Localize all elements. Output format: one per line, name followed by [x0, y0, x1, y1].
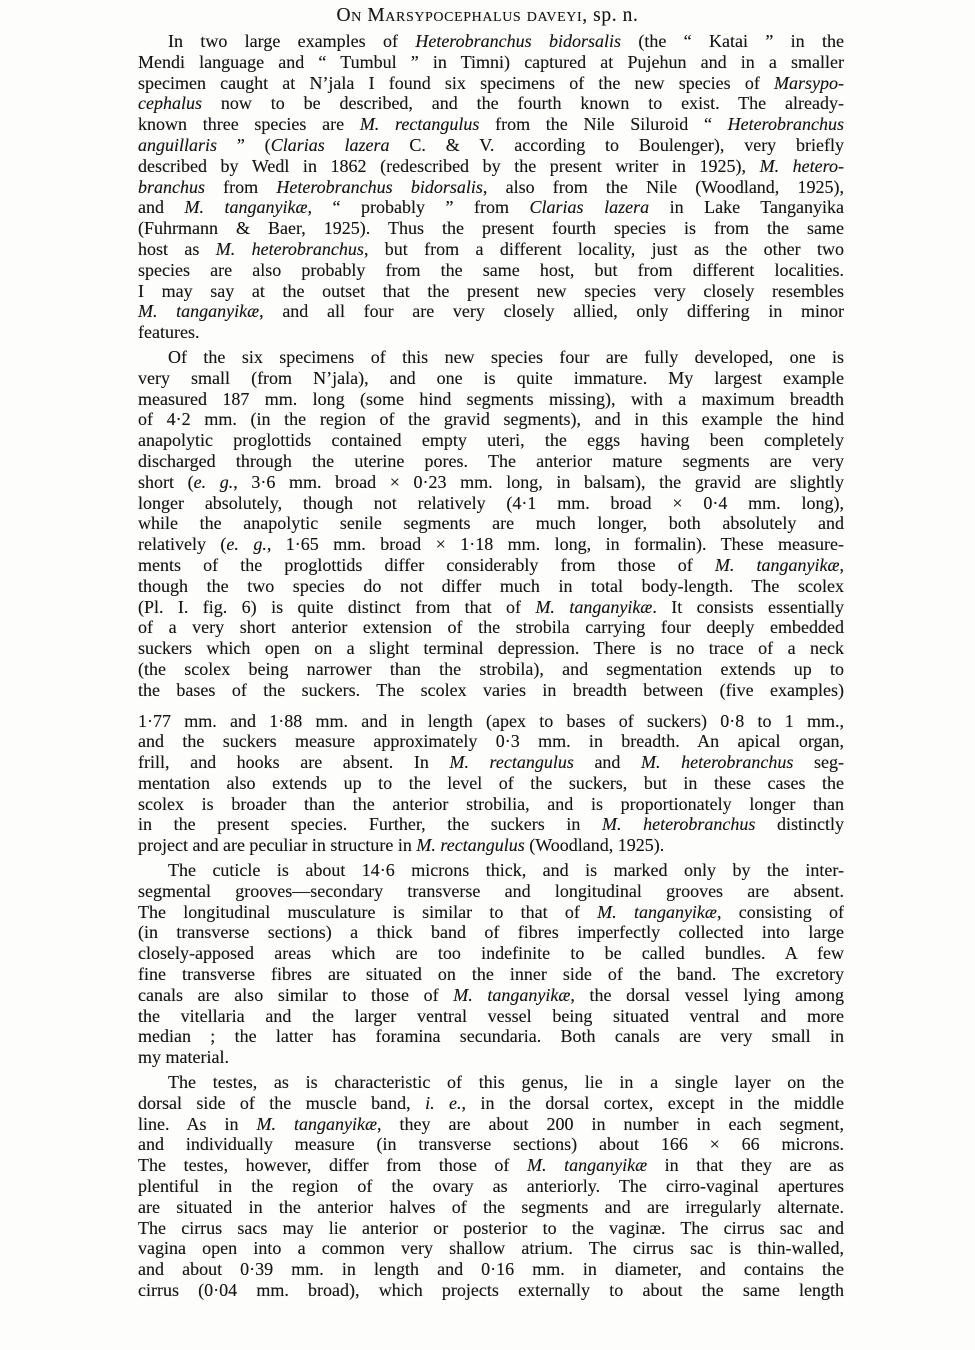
text-line: (Fuhrmann & Baer, 1925). Thus the presen… — [138, 218, 844, 239]
text-line: (Pl. I. fig. 6) is quite distinct from t… — [138, 597, 844, 618]
text-line: I may say at the outset that the present… — [138, 281, 844, 302]
text-line: The cirrus sacs may lie anterior or post… — [138, 1218, 844, 1239]
text-line: known three species are M. rectangulus f… — [138, 114, 844, 135]
text-line: (in transverse sections) a thick band of… — [138, 922, 844, 943]
paragraph: Of the six specimens of this new species… — [138, 347, 844, 701]
paragraph: In two large examples of Heterobranchus … — [138, 31, 844, 343]
text-line: measured 187 mm. long (some hind segment… — [138, 389, 844, 410]
text-line: The longitudinal musculature is similar … — [138, 902, 844, 923]
text-line: discharged through the uterine pores. Th… — [138, 451, 844, 472]
text-line: features. — [138, 322, 844, 343]
text-line: fine transverse fibres are situated on t… — [138, 964, 844, 985]
text-line: in the present species. Further, the suc… — [138, 814, 844, 835]
text-line: mentation also extends up to the level o… — [138, 773, 844, 794]
text-line: are situated in the anterior halves of t… — [138, 1197, 844, 1218]
text-line: ments of the proglottids differ consider… — [138, 555, 844, 576]
text-line: plentiful in the region of the ovary as … — [138, 1176, 844, 1197]
text-line: described by Wedl in 1862 (redescribed b… — [138, 156, 844, 177]
text-line: Of the six specimens of this new species… — [138, 347, 844, 368]
title-smallcaps: On Marsypocephalus daveyi, — [337, 5, 588, 26]
text-line: cirrus (0·04 mm. broad), which projects … — [138, 1280, 844, 1301]
text-line: median ; the latter has foramina secunda… — [138, 1026, 844, 1047]
text-line: cephalus now to be described, and the fo… — [138, 93, 844, 114]
text-line: canals are also similar to those of M. t… — [138, 985, 844, 1006]
text-line: Mendi language and “ Tumbul ” in Timni) … — [138, 52, 844, 73]
text-line: The testes, as is characteristic of this… — [138, 1072, 844, 1093]
text-line: of a very short anterior extension of th… — [138, 617, 844, 638]
paragraph: The testes, as is characteristic of this… — [138, 1072, 844, 1301]
text-line: closely-apposed areas which are too inde… — [138, 943, 844, 964]
text-line: segmental grooves—secondary transverse a… — [138, 881, 844, 902]
text-line: very small (from N’jala), and one is qui… — [138, 368, 844, 389]
text-line: relatively (e. g., 1·65 mm. broad × 1·18… — [138, 534, 844, 555]
text-line: and the suckers measure approximately 0·… — [138, 731, 844, 752]
text-line: The testes, however, differ from those o… — [138, 1155, 844, 1176]
text-line: dorsal side of the muscle band, i. e., i… — [138, 1093, 844, 1114]
text-line: while the anapolytic senile segments are… — [138, 513, 844, 534]
text-line: M. tanganyikæ, and all four are very clo… — [138, 301, 844, 322]
text-line: The cuticle is about 14·6 microns thick,… — [138, 860, 844, 881]
text-line: and about 0·39 mm. in length and 0·16 mm… — [138, 1259, 844, 1280]
text-line: host as M. heterobranchus, but from a di… — [138, 239, 844, 260]
text-line: and M. tanganyikæ, “ probably ” from Cla… — [138, 197, 844, 218]
text-line: short (e. g., 3·6 mm. broad × 0·23 mm. l… — [138, 472, 844, 493]
text-line: the bases of the suckers. The scolex var… — [138, 680, 844, 701]
text-line: anguillaris ” (Clarias lazera C. & V. ac… — [138, 135, 844, 156]
text-line: In two large examples of Heterobranchus … — [138, 31, 844, 52]
text-line: specimen caught at N’jala I found six sp… — [138, 73, 844, 94]
text-line: line. As in M. tanganyikæ, they are abou… — [138, 1114, 844, 1135]
text-line: and individually measure (in transverse … — [138, 1134, 844, 1155]
text-line: the vitellaria and the larger ventral ve… — [138, 1006, 844, 1027]
paragraph: 1·77 mm. and 1·88 mm. and in length (ape… — [138, 711, 844, 857]
paragraph: The cuticle is about 14·6 microns thick,… — [138, 860, 844, 1068]
text-line: species are also probably from the same … — [138, 260, 844, 281]
text-line: vagina open into a common very shallow a… — [138, 1238, 844, 1259]
text-line: frill, and hooks are absent. In M. recta… — [138, 752, 844, 773]
text-line: though the two species do not differ muc… — [138, 576, 844, 597]
text-line: of 4·2 mm. (in the region of the gravid … — [138, 409, 844, 430]
title-suffix: sp. n. — [588, 5, 639, 26]
text-line: anapolytic proglottids contained empty u… — [138, 430, 844, 451]
text-line: 1·77 mm. and 1·88 mm. and in length (ape… — [138, 711, 844, 732]
text-line: suckers which open on a slight terminal … — [138, 638, 844, 659]
scanned-page: On Marsypocephalus daveyi, sp. n. In two… — [0, 0, 975, 1350]
text-line: longer absolutely, though not relatively… — [138, 493, 844, 514]
text-line: (the scolex being narrower than the stro… — [138, 659, 844, 680]
text-line: branchus from Heterobranchus bidorsalis,… — [138, 177, 844, 198]
text-line: project and are peculiar in structure in… — [138, 835, 844, 856]
text-line: scolex is broader than the anterior stro… — [138, 794, 844, 815]
page-paragraphs: In two large examples of Heterobranchus … — [138, 31, 844, 1301]
page-title: On Marsypocephalus daveyi, sp. n. — [0, 5, 975, 27]
text-line: my material. — [138, 1047, 844, 1068]
